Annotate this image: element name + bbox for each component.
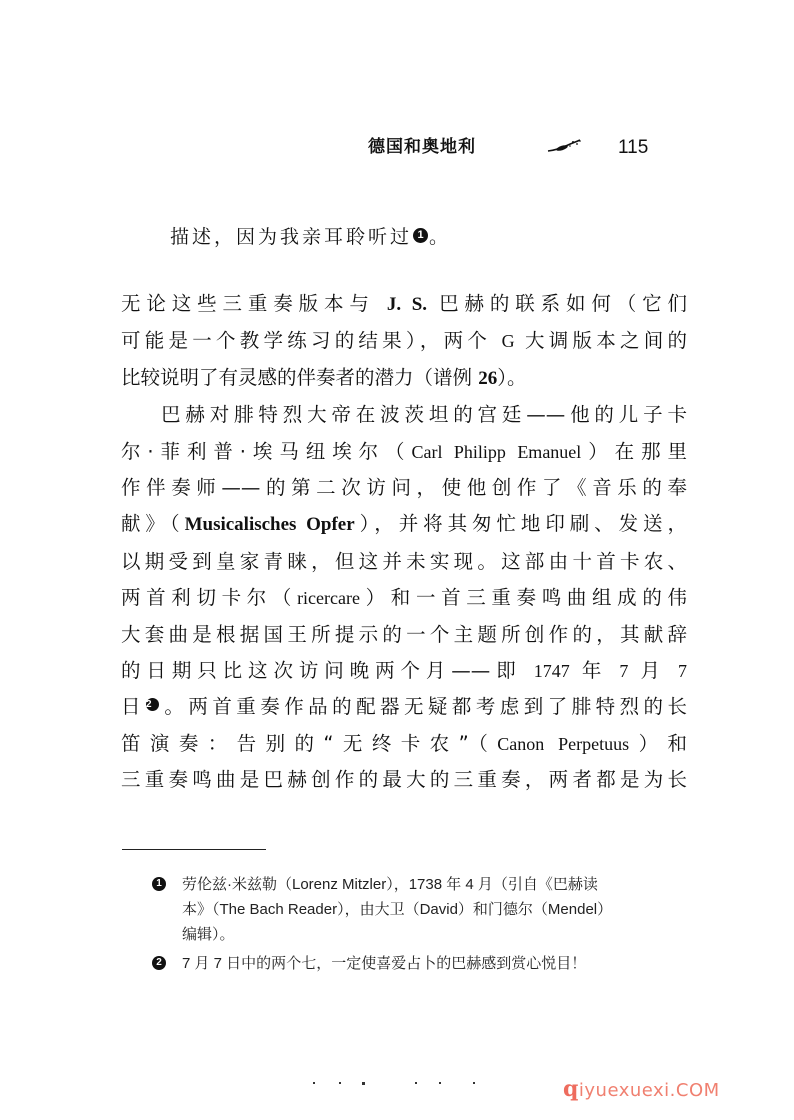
text-line: 的日期只比这次访问晚两个月——即 1747 年 7 月 7 — [121, 653, 687, 689]
running-title: 德国和奥地利 — [368, 134, 476, 160]
text-line: 两首利切卡尔（ricercare）和一首三重奏鸣曲组成的伟 — [121, 580, 687, 616]
scan-artifacts — [305, 1082, 505, 1086]
quote-continuation: 描述，因为我亲耳聆听过1。 — [170, 222, 451, 252]
footnote-number-icon: 1 — [152, 877, 166, 891]
watermark: qiyuexuexi.COM — [563, 1078, 720, 1102]
quote-trailing: 。 — [429, 226, 451, 248]
watermark-logo-letter: q — [563, 1076, 579, 1102]
text-line: 比较说明了有灵感的伴奏者的潜力（谱例 26）。 — [121, 360, 687, 397]
footnote-line: 7 月 7 日中的两个七，一定使喜爱占卜的巴赫感到赏心悦目！ — [182, 951, 692, 976]
footnotes: 1 劳伦兹·米兹勒（Lorenz Mitzler），1738 年 4 月（引自《… — [152, 872, 692, 980]
body-text: 无论这些三重奏版本与 J. S. 巴赫的联系如何（它们 可能是一个教学练习的结果… — [121, 286, 687, 799]
running-header: 德国和奥地利 115 — [368, 134, 668, 162]
quote-text: 描述，因为我亲耳聆听过 — [170, 226, 412, 248]
text-line: 三重奏鸣曲是巴赫创作的最大的三重奏，两者都是为长 — [121, 762, 687, 798]
text-line: 大套曲是根据国王所提示的一个主题所创作的，其献辞 — [121, 617, 687, 653]
footnote-line: 劳伦兹·米兹勒（Lorenz Mitzler），1738 年 4 月（引自《巴赫… — [182, 872, 692, 897]
text-line: 日2。两首重奏作品的配器无疑都考虑到了腓特烈的长 — [121, 689, 687, 725]
text-line: 笛演奏：告别的“无终卡农”（Canon Perpetuus）和 — [121, 726, 687, 762]
footnote-line: 本》（The Bach Reader），由大卫（David）和门德尔（Mende… — [182, 897, 692, 922]
footnote-number-icon: 2 — [152, 956, 166, 970]
footnote-1: 1 劳伦兹·米兹勒（Lorenz Mitzler），1738 年 4 月（引自《… — [152, 872, 692, 947]
text-line: 巴赫对腓特烈大帝在波茨坦的宫廷——他的儿子卡 — [121, 397, 687, 433]
watermark-text: iyuexuexi.COM — [579, 1080, 720, 1101]
flourish-ornament-icon — [546, 138, 584, 154]
footnote-ref-1[interactable]: 1 — [413, 228, 428, 243]
paragraph-1: 无论这些三重奏版本与 J. S. 巴赫的联系如何（它们 可能是一个教学练习的结果… — [121, 286, 687, 397]
text-line: 无论这些三重奏版本与 J. S. 巴赫的联系如何（它们 — [121, 286, 687, 323]
text-line: 作伴奏师——的第二次访问，使他创作了《音乐的奉 — [121, 470, 687, 506]
paragraph-2: 巴赫对腓特烈大帝在波茨坦的宫廷——他的儿子卡 尔·菲利普·埃马纽埃尔（Carl … — [121, 397, 687, 798]
text-line: 以期受到皇家青睐，但这并未实现。这部由十首卡农、 — [121, 544, 687, 580]
footnote-ref-2[interactable]: 2 — [146, 698, 159, 711]
text-line: 献》（Musicalisches Opfer），并将其匆忙地印刷、发送， — [121, 506, 687, 543]
page-number: 115 — [618, 136, 648, 160]
footnote-line: 编辑）。 — [182, 922, 692, 947]
text-line: 可能是一个教学练习的结果），两个 G 大调版本之间的 — [121, 323, 687, 359]
text-line: 尔·菲利普·埃马纽埃尔（Carl Philipp Emanuel）在那里 — [121, 434, 687, 470]
footnote-2: 2 7 月 7 日中的两个七，一定使喜爱占卜的巴赫感到赏心悦目！ — [152, 951, 692, 976]
footnote-separator — [122, 849, 266, 850]
